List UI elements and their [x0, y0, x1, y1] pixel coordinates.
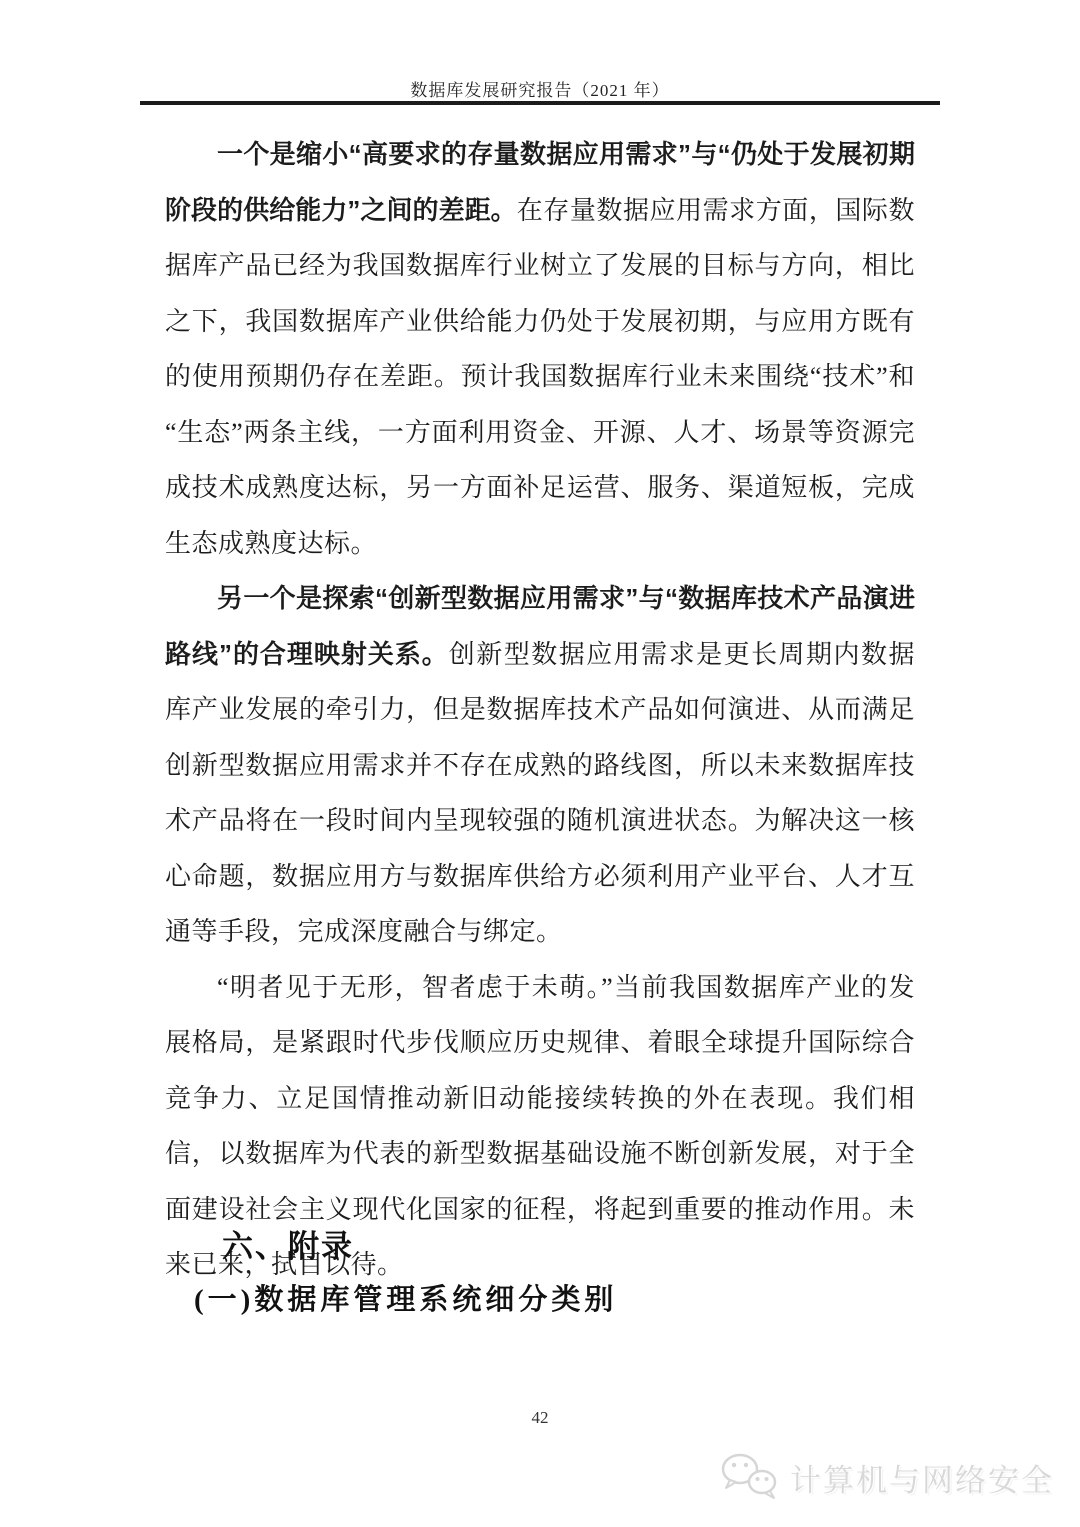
paragraph-stock-demand-gap: 一个是缩小“高要求的存量数据应用需求”与“仍处于发展初期阶段的供给能力”之间的差… — [165, 127, 915, 571]
watermark: 计算机与网络安全 — [718, 1452, 1054, 1502]
page-number: 42 — [0, 1408, 1080, 1428]
paragraph-text: 在存量数据应用需求方面，国际数据库产品已经为我国数据库行业树立了发展的目标与方向… — [165, 196, 915, 558]
heading-appendix-sub: (一)数据库管理系统细分类别 — [194, 1277, 617, 1318]
report-header-title: 数据库发展研究报告（2021 年） — [0, 76, 1080, 101]
watermark-label: 计算机与网络安全 — [790, 1455, 1054, 1500]
paragraph-text: 创新型数据应用需求是更长周期内数据库产业发展的牵引力，但是数据库技术产品如何演进… — [165, 640, 915, 947]
paragraph-innovation-mapping: 另一个是探索“创新型数据应用需求”与“数据库技术产品演进路线”的合理映射关系。创… — [165, 571, 915, 960]
document-body: 一个是缩小“高要求的存量数据应用需求”与“仍处于发展初期阶段的供给能力”之间的差… — [165, 127, 915, 1293]
heading-appendix: 六、附录 — [222, 1221, 354, 1266]
document-page: 数据库发展研究报告（2021 年） 一个是缩小“高要求的存量数据应用需求”与“仍… — [0, 0, 1080, 1527]
header-divider-line — [140, 101, 940, 105]
wechat-icon — [718, 1452, 780, 1502]
